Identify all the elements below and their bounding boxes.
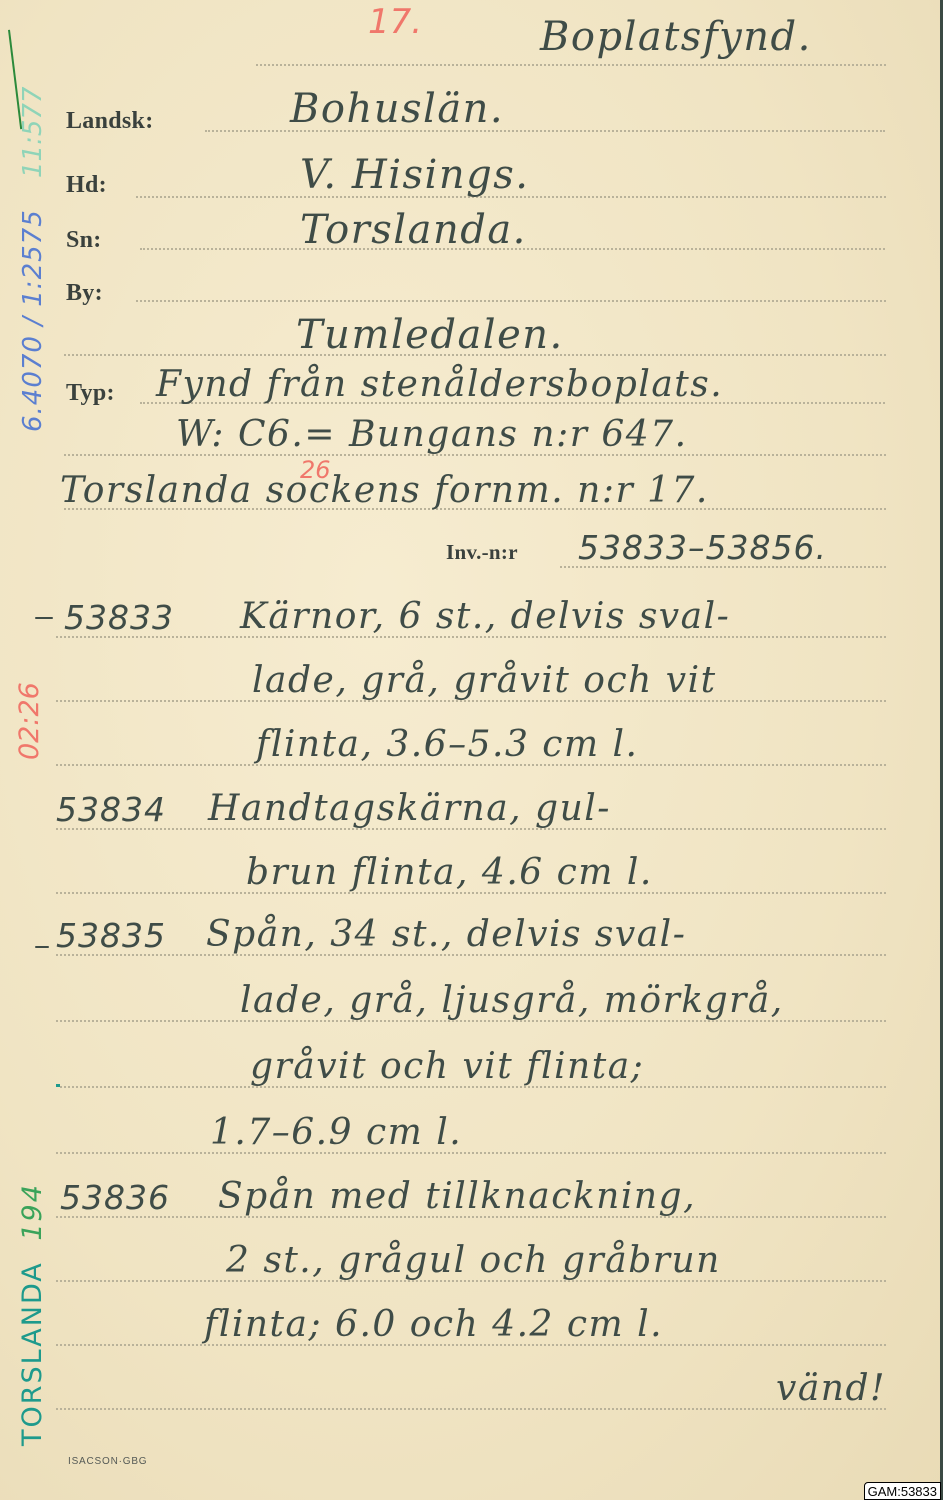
by-dotline — [136, 300, 886, 302]
item-line: Handtagskärna, gul- — [208, 788, 611, 829]
margin-note-green: 11:577 — [18, 87, 48, 178]
typ-value: Fynd från stenåldersboplats. — [156, 364, 723, 405]
item-line: flinta; 6.0 och 4.2 cm l. — [204, 1304, 663, 1345]
item-line: 1.7–6.9 cm l. — [210, 1112, 462, 1153]
item-line: brun flinta, 4.6 cm l. — [246, 852, 653, 893]
place-value: Tumledalen. — [296, 312, 564, 358]
printer-mark: ISACSON·GBG — [68, 1456, 147, 1467]
page-mark: 17. — [368, 2, 422, 42]
item-line: lade, grå, gråvit och vit — [252, 660, 717, 701]
item-line: gråvit och vit flinta; — [250, 1046, 644, 1087]
margin-note-red: 02:26 — [14, 682, 45, 760]
category-dotline — [256, 64, 886, 66]
stamp-text: TORSLANDA — [17, 1261, 48, 1446]
item-line: Spån, 34 st., delvis sval- — [206, 914, 686, 955]
tick-mark — [35, 946, 49, 948]
hd-label: Hd: — [66, 172, 107, 199]
item-number: 53835 — [56, 916, 166, 955]
margin-note-blue: 6.4070 / 1:2575 — [18, 209, 48, 432]
reference-line-2: Torslanda sockens fornm. n:r 17. — [60, 470, 709, 511]
inventory-value: 53833–53856. — [578, 528, 827, 567]
item-line: flinta, 3.6–5.3 cm l. — [256, 724, 639, 765]
archive-id-label: GAM:53833 — [864, 1482, 941, 1500]
sn-label: Sn: — [66, 227, 102, 254]
sn-value: Torslanda. — [300, 207, 527, 253]
item-line: lade, grå, ljusgrå, mörkgrå, — [240, 980, 784, 1021]
landsk-value: Bohuslän. — [290, 86, 504, 132]
category-value: Boplatsfynd. — [540, 14, 812, 60]
item-line: Kärnor, 6 st., delvis sval- — [240, 596, 730, 637]
item-number: 53836 — [60, 1178, 170, 1217]
item-number: 53833 — [64, 598, 174, 637]
tick-mark — [35, 617, 53, 619]
item-line: Spån med tillknackning, — [218, 1176, 696, 1217]
typ-label: Typ: — [66, 380, 115, 407]
item-number: 53834 — [56, 790, 166, 829]
stamp-number: 194 — [17, 1183, 48, 1241]
item-dotline — [56, 1408, 886, 1410]
landsk-label: Landsk: — [66, 108, 153, 135]
catalog-card: 11:577 6.4070 / 1:2575 02:26 TORSLANDA 1… — [0, 0, 943, 1500]
item-line: 2 st., grågul och gråbrun — [226, 1240, 721, 1281]
inventory-label: Inv.-n:r — [446, 540, 518, 565]
hd-value: V. Hisings. — [300, 152, 529, 198]
item-dotline — [56, 1152, 886, 1154]
by-label: By: — [66, 280, 103, 307]
turn-over-note: vänd! — [776, 1368, 886, 1409]
torslanda-stamp: TORSLANDA 194 — [17, 1183, 48, 1446]
reference-line-1: W: C6.= Bungans n:r 647. — [176, 414, 688, 455]
